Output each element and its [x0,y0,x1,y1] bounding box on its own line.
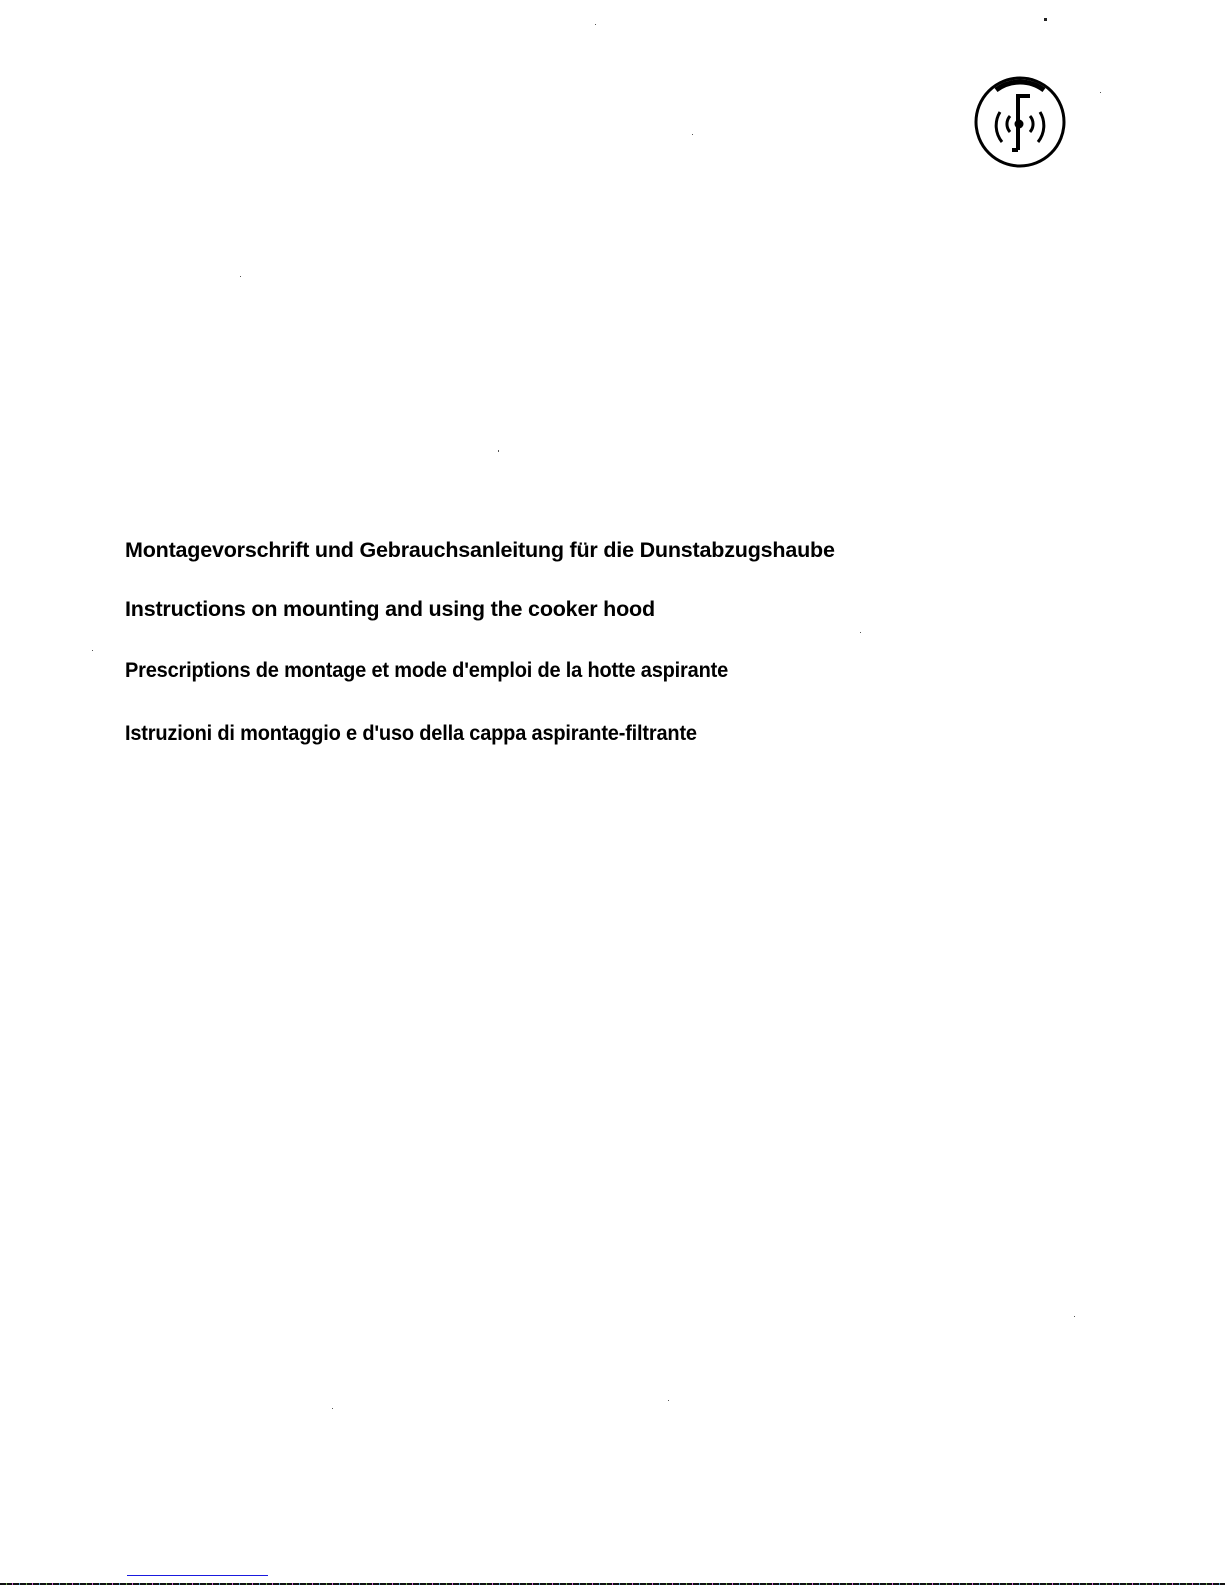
scan-speck [668,1400,669,1401]
bottom-link-underline[interactable] [127,1575,268,1576]
scan-speck [498,450,499,452]
scan-speck [1100,92,1101,93]
title-german: Montagevorschrift und Gebrauchsanleitung… [125,540,835,562]
scan-speck [240,276,241,277]
scan-speck [332,1408,333,1409]
scan-speck [1074,1316,1075,1317]
scan-speck [860,632,861,633]
title-italian: Istruzioni di montaggio e d'uso della ca… [125,723,697,745]
scan-speck [595,24,596,25]
scan-speck [1044,18,1047,21]
scan-speck [692,134,693,135]
title-french: Prescriptions de montage et mode d'emplo… [125,660,728,682]
brand-emblem-icon [972,74,1068,170]
document-page: Montagevorschrift und Gebrauchsanleitung… [0,0,1225,1585]
scan-speck [92,650,93,651]
title-english: Instructions on mounting and using the c… [125,599,655,621]
